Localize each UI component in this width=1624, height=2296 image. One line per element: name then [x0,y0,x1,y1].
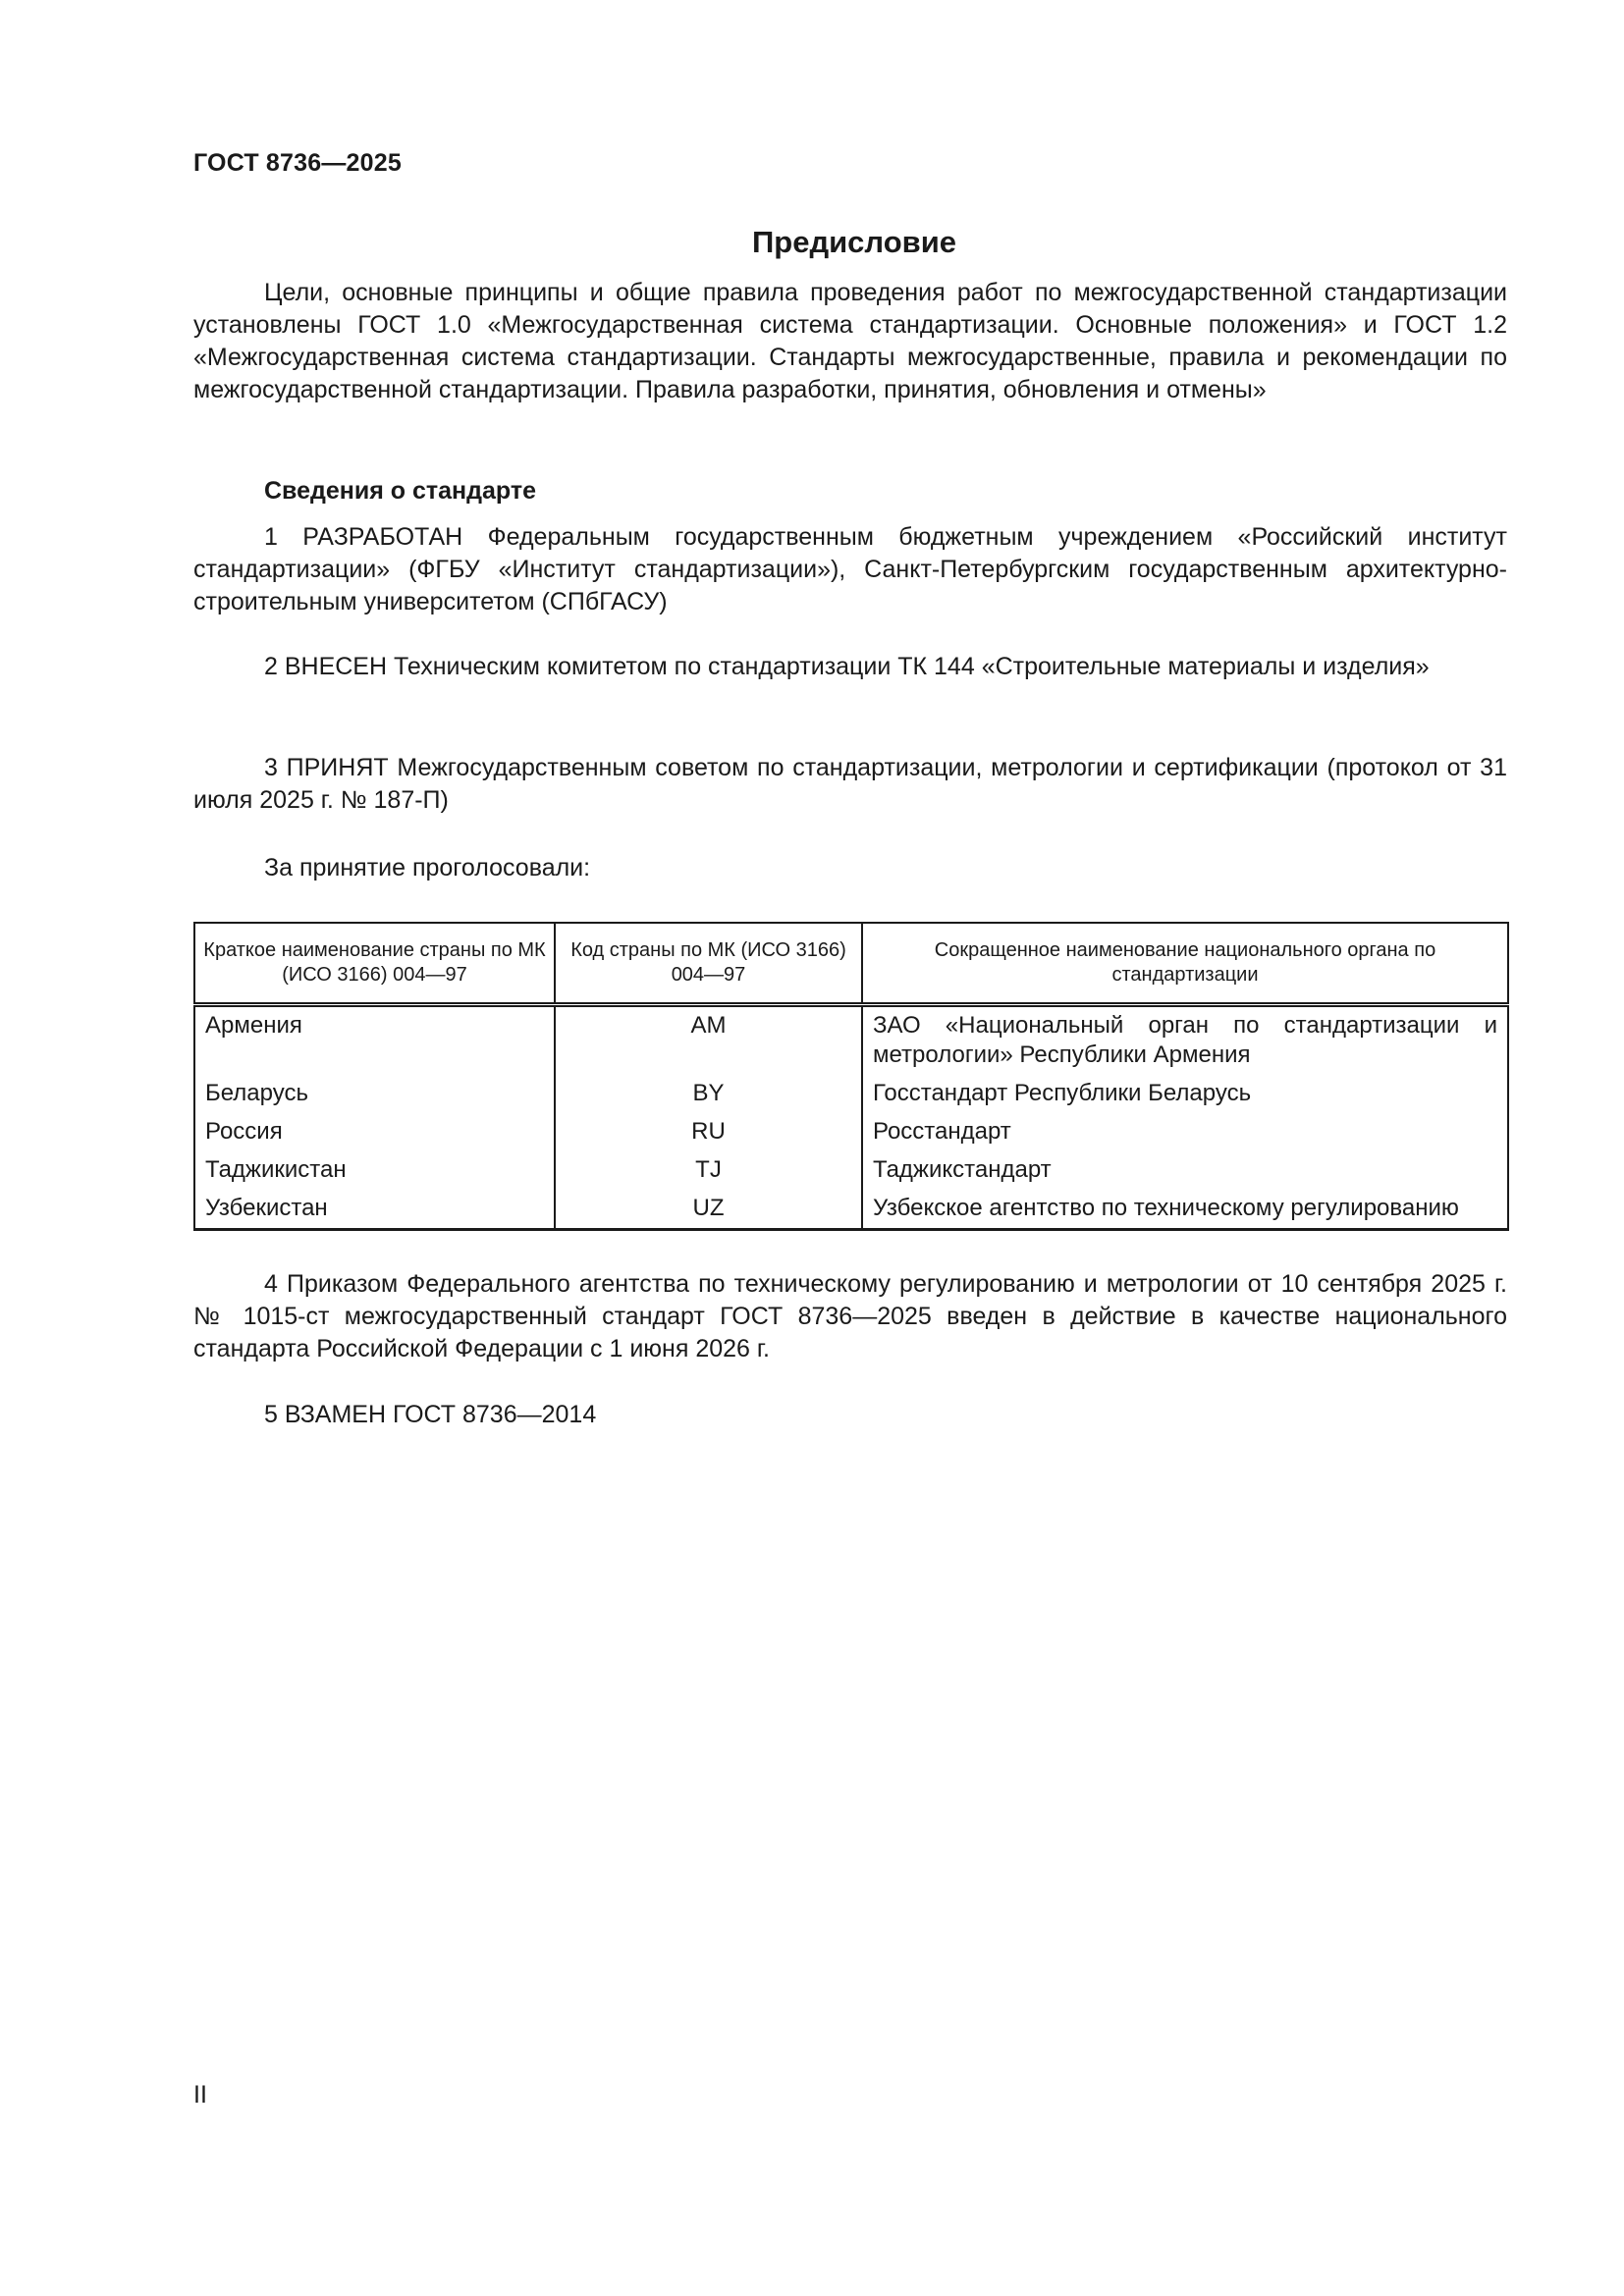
national-body-cell: ЗАО «Национальный орган по стандартизаци… [862,1005,1508,1076]
national-body-cell: Росстандарт [862,1113,1508,1151]
country-cell: Россия [194,1113,555,1151]
table-header-row: Краткое наименование страны по МК (ИСО 3… [194,923,1508,1005]
country-cell: Армения [194,1005,555,1076]
table-row: ТаджикистанTJТаджикстандарт [194,1151,1508,1190]
national-body-cell: Госстандарт Республики Беларусь [862,1075,1508,1113]
voting-table: Краткое наименование страны по МК (ИСО 3… [193,922,1509,1231]
code-cell: BY [555,1075,862,1113]
country-cell: Таджикистан [194,1151,555,1190]
item-1-developed: 1 РАЗРАБОТАН Федеральным государственным… [193,521,1507,618]
code-cell: UZ [555,1190,862,1230]
code-cell: AM [555,1005,862,1076]
table-row: РоссияRUРосстандарт [194,1113,1508,1151]
header-country-code: Код страны по МК (ИСО 3166) 004—97 [555,923,862,1005]
code-cell: RU [555,1113,862,1151]
national-body-cell: Таджикстандарт [862,1151,1508,1190]
country-cell: Узбекистан [194,1190,555,1230]
header-national-body: Сокращенное наименование национального о… [862,923,1508,1005]
item-5-replaces: 5 ВЗАМЕН ГОСТ 8736—2014 [193,1399,1507,1431]
table-row: УзбекистанUZУзбекское агентство по техни… [194,1190,1508,1230]
info-heading: Сведения о стандарте [264,477,536,506]
code-cell: TJ [555,1151,862,1190]
table-row: БеларусьBYГосстандарт Республики Беларус… [194,1075,1508,1113]
page-title: Предисловие [0,225,1624,260]
page-number: II [193,2081,207,2109]
vote-label: За принятие проголосовали: [264,854,590,882]
document-page: ГОСТ 8736—2025 Предисловие Цели, основны… [0,0,1624,2296]
intro-paragraph: Цели, основные принципы и общие правила … [193,277,1507,406]
item-3-adopted: 3 ПРИНЯТ Межгосударственным советом по с… [193,752,1507,817]
item-4-enacted: 4 Приказом Федерального агентства по тех… [193,1268,1507,1365]
table-row: АрменияAMЗАО «Национальный орган по стан… [194,1005,1508,1076]
document-id: ГОСТ 8736—2025 [193,149,402,178]
header-country-name: Краткое наименование страны по МК (ИСО 3… [194,923,555,1005]
country-cell: Беларусь [194,1075,555,1113]
national-body-cell: Узбекское агентство по техническому регу… [862,1190,1508,1230]
item-2-submitted: 2 ВНЕСЕН Техническим комитетом по станда… [193,651,1507,683]
